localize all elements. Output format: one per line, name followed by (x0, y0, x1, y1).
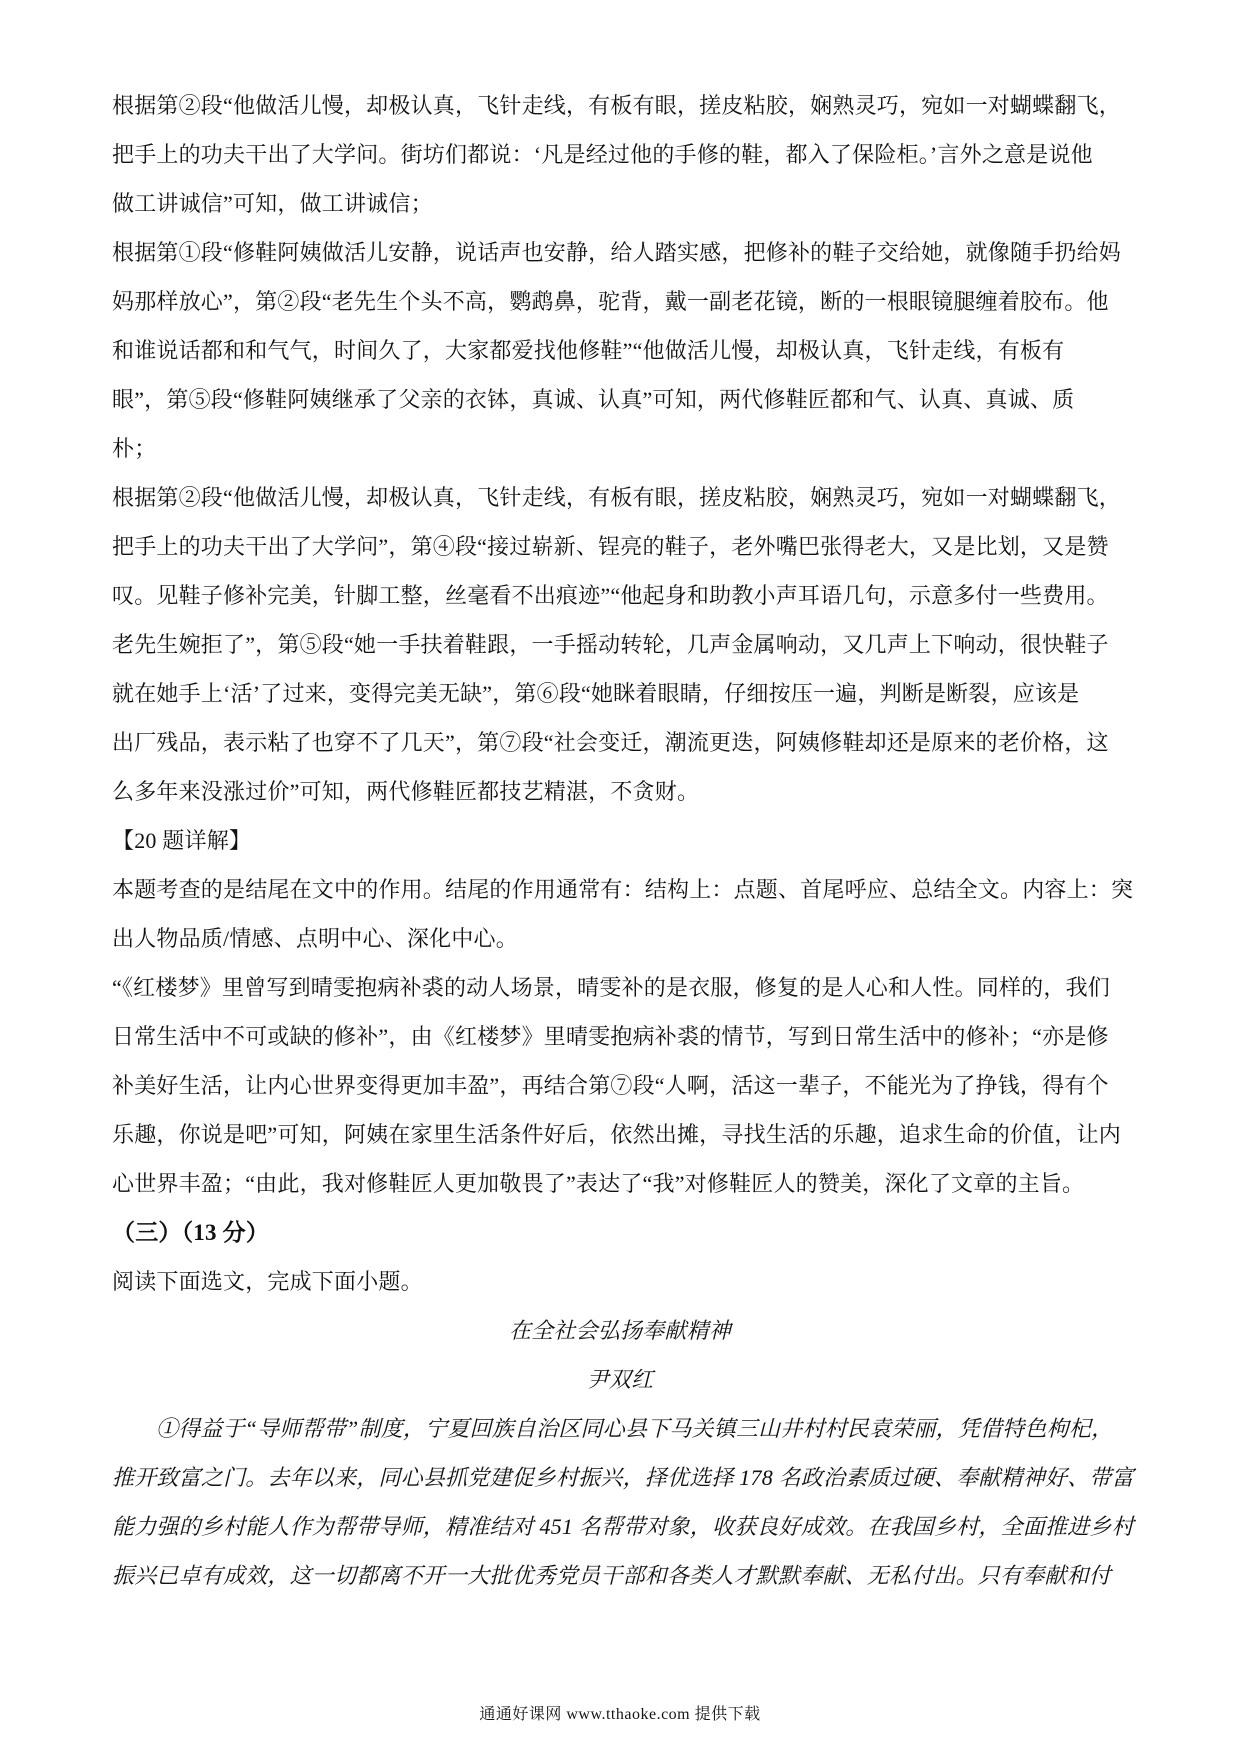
analysis-20-line-5: 补美好生活，让内心世界变得更加丰盈”，再结合第⑦段“人啊，活这一辈子，不能光为了… (112, 1061, 1128, 1110)
essay-para1-line-2: 推开致富之门。去年以来，同心县抓党建促乡村振兴，择优选择 178 名政治素质过硬… (112, 1453, 1128, 1502)
analysis-20-line-7: 心世界丰盈；“由此，我对修鞋匠人更加敬畏了”表达了“我”对修鞋匠人的赞美，深化了… (112, 1159, 1128, 1208)
essay-author: 尹双红 (112, 1355, 1128, 1404)
analysis-19-line-14: 出厂残品，表示粘了也穿不了几天”，第⑦段“社会变迁，潮流更迭，阿姨修鞋却还是原来… (112, 718, 1128, 767)
page-footer: 通通好课网 www.tthaoke.com 提供下载 (0, 1703, 1240, 1727)
analysis-20-line-4: 日常生活中不可或缺的修补”，由《红楼梦》里晴雯抱病补裘的情节，写到日常生活中的修… (112, 1012, 1128, 1061)
document-body: 根据第②段“他做活儿慢，却极认真，飞针走线，有板有眼，搓皮粘胶，娴熟灵巧，宛如一… (112, 81, 1128, 1600)
analysis-20-line-2: 出人物品质/情感、点明中心、深化中心。 (112, 914, 1128, 963)
essay-para1-line-3: 能力强的乡村能人作为帮带导师，精准结对 451 名帮带对象，收获良好成效。在我国… (112, 1502, 1128, 1551)
analysis-19-line-15: 么多年来没涨过价”可知，两代修鞋匠都技艺精湛，不贪财。 (112, 767, 1128, 816)
analysis-19-line-6: 和谁说话都和和气气，时间久了，大家都爱找他修鞋”“他做活儿慢，却极认真，飞针走线… (112, 326, 1128, 375)
essay-para1-line-4: 振兴已卓有成效，这一切都离不开一大批优秀党员干部和各类人才默默奉献、无私付出。只… (112, 1551, 1128, 1600)
analysis-19-line-7: 眼”，第⑤段“修鞋阿姨继承了父亲的衣钵，真诚、认真”可知，两代修鞋匠都和气、认真… (112, 375, 1128, 424)
analysis-19-line-1: 根据第②段“他做活儿慢，却极认真，飞针走线，有板有眼，搓皮粘胶，娴熟灵巧，宛如一… (112, 81, 1128, 130)
analysis-19-line-12: 老先生婉拒了”，第⑤段“她一手扶着鞋跟，一手摇动转轮，几声金属响动，又几声上下响… (112, 620, 1128, 669)
analysis-19-line-4: 根据第①段“修鞋阿姨做活儿安静，说话声也安静，给人踏实感，把修补的鞋子交给她，就… (112, 228, 1128, 277)
section-3-heading: （三）（13 分） (112, 1208, 1128, 1257)
analysis-20-line-1: 本题考查的是结尾在文中的作用。结尾的作用通常有：结构上：点题、首尾呼应、总结全文… (112, 865, 1128, 914)
section-3-instruction: 阅读下面选文，完成下面小题。 (112, 1257, 1128, 1306)
analysis-19-line-11: 叹。见鞋子修补完美，针脚工整，丝毫看不出痕迹”“他起身和助教小声耳语几句，示意多… (112, 571, 1128, 620)
essay-title: 在全社会弘扬奉献精神 (112, 1306, 1128, 1355)
analysis-19-line-13: 就在她手上‘活’了过来，变得完美无缺”，第⑥段“她眯着眼睛，仔细按压一遍，判断是… (112, 669, 1128, 718)
analysis-19-line-8: 朴； (112, 424, 1128, 473)
analysis-20-line-6: 乐趣，你说是吧”可知，阿姨在家里生活条件好后，依然出摊，寻找生活的乐趣，追求生命… (112, 1110, 1128, 1159)
analysis-19-line-3: 做工讲诚信”可知，做工讲诚信； (112, 179, 1128, 228)
analysis-19-line-2: 把手上的功夫干出了大学问。街坊们都说：‘凡是经过他的手修的鞋，都入了保险柜。’言… (112, 130, 1128, 179)
analysis-20-line-3: “《红楼梦》里曾写到晴雯抱病补裘的动人场景，晴雯补的是衣服，修复的是人心和人性。… (112, 963, 1128, 1012)
analysis-19-line-9: 根据第②段“他做活儿慢，却极认真，飞针走线，有板有眼，搓皮粘胶，娴熟灵巧，宛如一… (112, 473, 1128, 522)
analysis-19-line-10: 把手上的功夫干出了大学问”，第④段“接过崭新、锃亮的鞋子，老外嘴巴张得老大，又是… (112, 522, 1128, 571)
essay-para1-line-1: ①得益于“导师帮带”制度，宁夏回族自治区同心县下马关镇三山井村村民袁荣丽，凭借特… (112, 1404, 1128, 1453)
analysis-19-line-5: 妈那样放心”，第②段“老先生个头不高，鹦鹉鼻，驼背，戴一副老花镜，断的一根眼镜腿… (112, 277, 1128, 326)
question-20-header: 【20 题详解】 (112, 816, 1128, 865)
